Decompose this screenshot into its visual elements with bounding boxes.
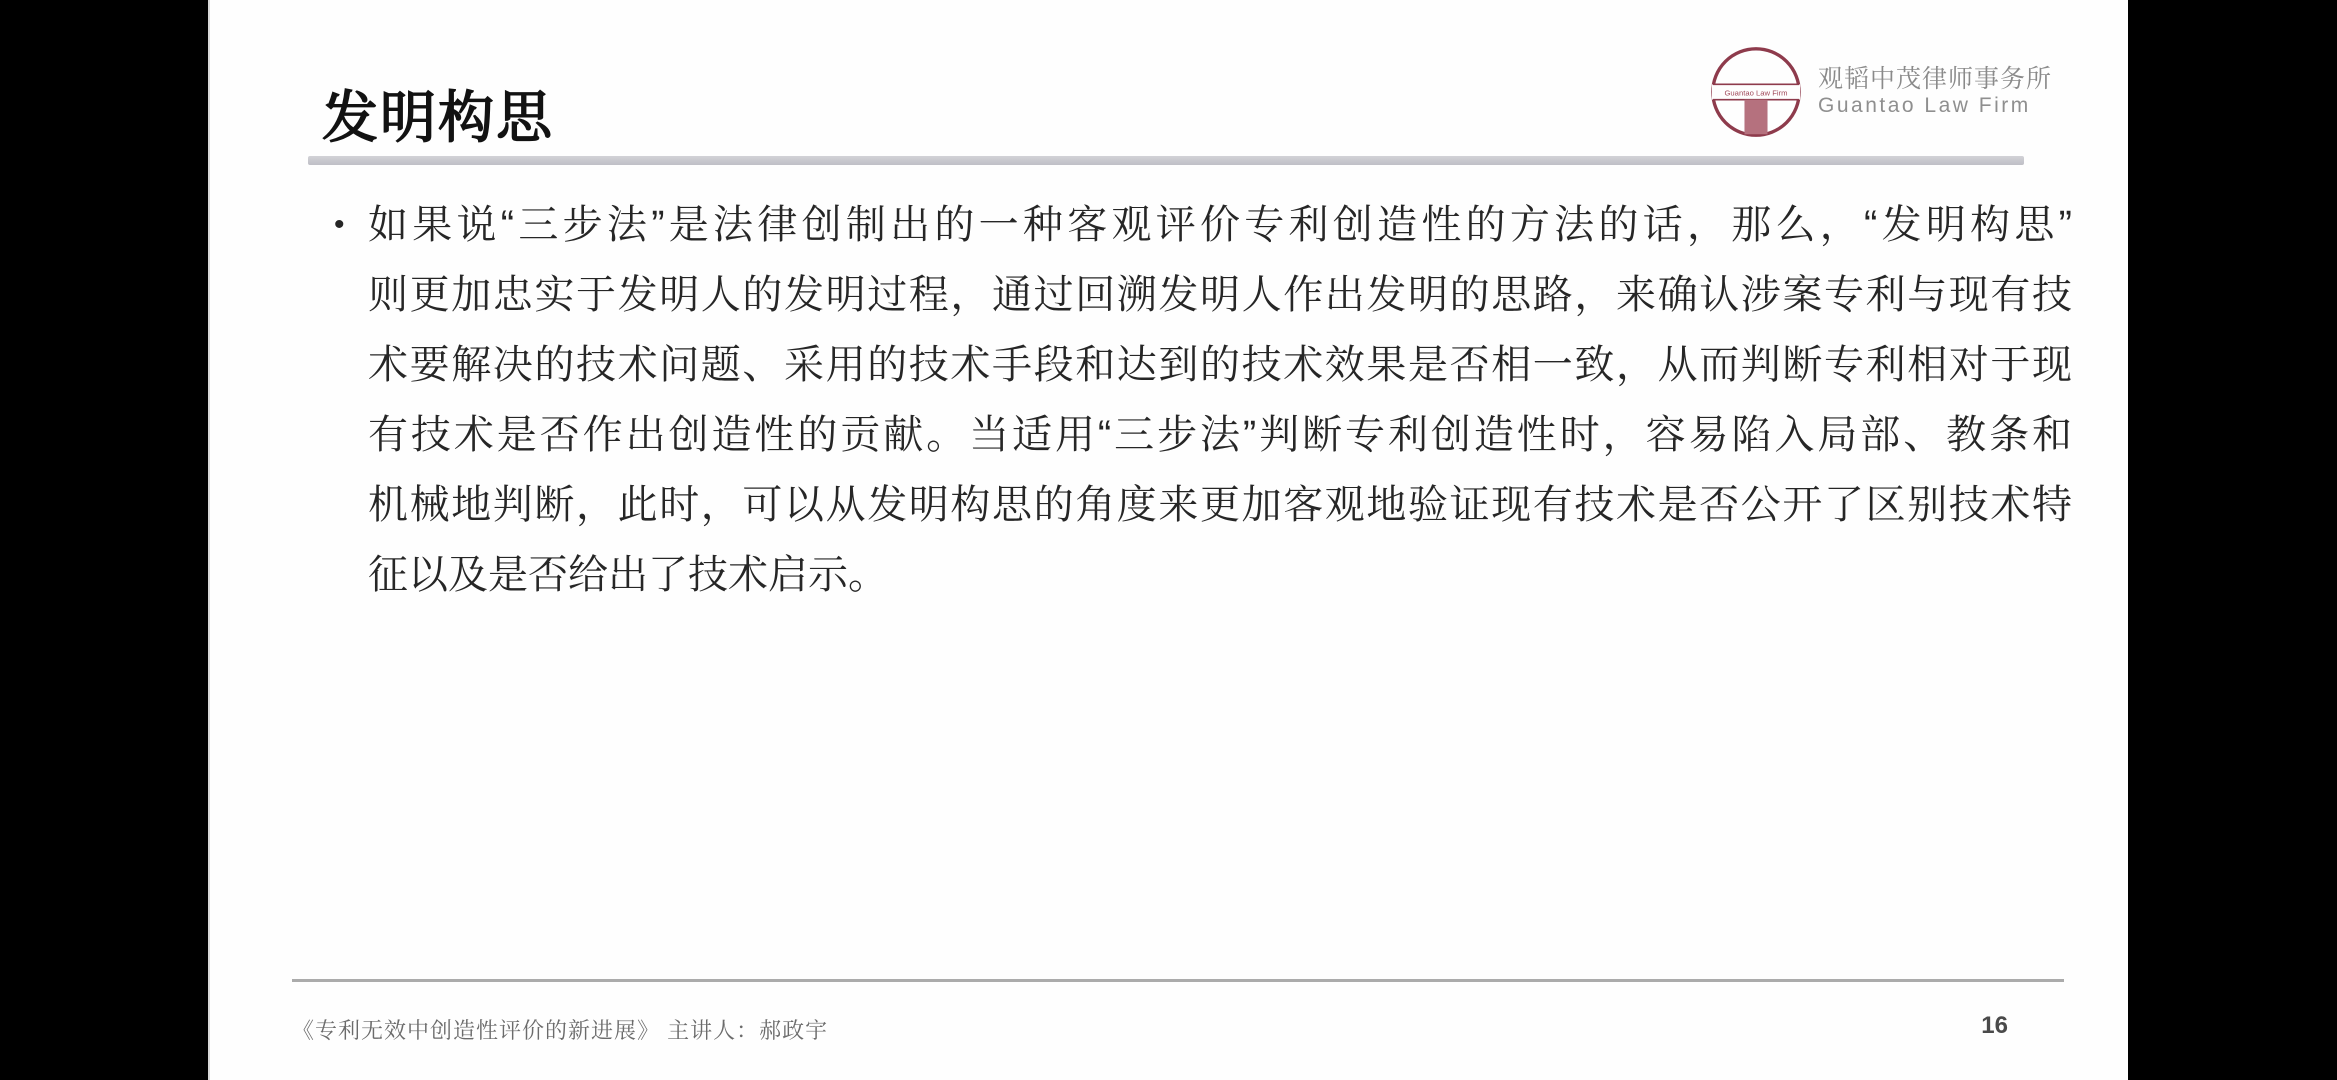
body-line-text: 如果说“三步法”是法律创制出的一种客观评价专利创造性的方法的话，那么，“发明构思…	[368, 203, 2072, 247]
body-line: •如果说“三步法”是法律创制出的一种客观评价专利创造性的方法的话，那么，“发明构…	[330, 190, 2072, 260]
letterbox-left	[0, 0, 208, 1080]
letterbox-right	[2128, 0, 2337, 1080]
bullet-icon: •	[334, 190, 345, 260]
logo-badge-text: Guantao Law Firm	[1724, 88, 1787, 97]
body-line: 有技术是否作出创造性的贡献。当适用“三步法”判断专利创造性时，容易陷入局部、教条…	[330, 400, 2072, 470]
body-line: 则更加忠实于发明人的发明过程，通过回溯发明人作出发明的思路，来确认涉案专利与现有…	[330, 260, 2072, 330]
title-underline	[308, 156, 2024, 165]
logo-cn-name: 观韬中茂律师事务所	[1818, 65, 2052, 95]
body-line-text: 术要解决的技术问题、采用的技术手段和达到的技术效果是否相一致，从而判断专利相对于…	[368, 343, 2072, 387]
logo-names: 观韬中茂律师事务所 Guantao Law Firm	[1818, 65, 2052, 119]
body-line: 术要解决的技术问题、采用的技术手段和达到的技术效果是否相一致，从而判断专利相对于…	[330, 330, 2072, 400]
body-line-text: 征以及是否给出了技术启示。	[368, 553, 888, 597]
body-line-text: 则更加忠实于发明人的发明过程，通过回溯发明人作出发明的思路，来确认涉案专利与现有…	[368, 273, 2072, 317]
body-line-text: 有技术是否作出创造性的贡献。当适用“三步法”判断专利创造性时，容易陷入局部、教条…	[368, 413, 2072, 457]
body-line-text: 机械地判断，此时，可以从发明构思的角度来更加客观地验证现有技术是否公开了区别技术…	[368, 483, 2072, 527]
body-line: 征以及是否给出了技术启示。	[330, 540, 2072, 610]
guantao-logo-icon: Guantao Law Firm	[1708, 42, 1804, 142]
body-paragraph: •如果说“三步法”是法律创制出的一种客观评价专利创造性的方法的话，那么，“发明构…	[330, 190, 2072, 610]
footer-divider	[292, 979, 2064, 982]
screen: 发明构思 Guantao Law Firm 观韬中茂律师事务所 Guantao …	[0, 0, 2337, 1080]
page-number: 16	[1981, 1012, 2008, 1040]
law-firm-logo: Guantao Law Firm 观韬中茂律师事务所 Guantao Law F…	[1708, 42, 2052, 142]
page-title: 发明构思	[322, 74, 554, 154]
body-line: 机械地判断，此时，可以从发明构思的角度来更加客观地验证现有技术是否公开了区别技术…	[330, 470, 2072, 540]
footer-credit: 《专利无效中创造性评价的新进展》 主讲人：郝政宇	[292, 1014, 828, 1045]
presentation-slide: 发明构思 Guantao Law Firm 观韬中茂律师事务所 Guantao …	[208, 0, 2128, 1080]
logo-en-name: Guantao Law Firm	[1818, 94, 2052, 119]
